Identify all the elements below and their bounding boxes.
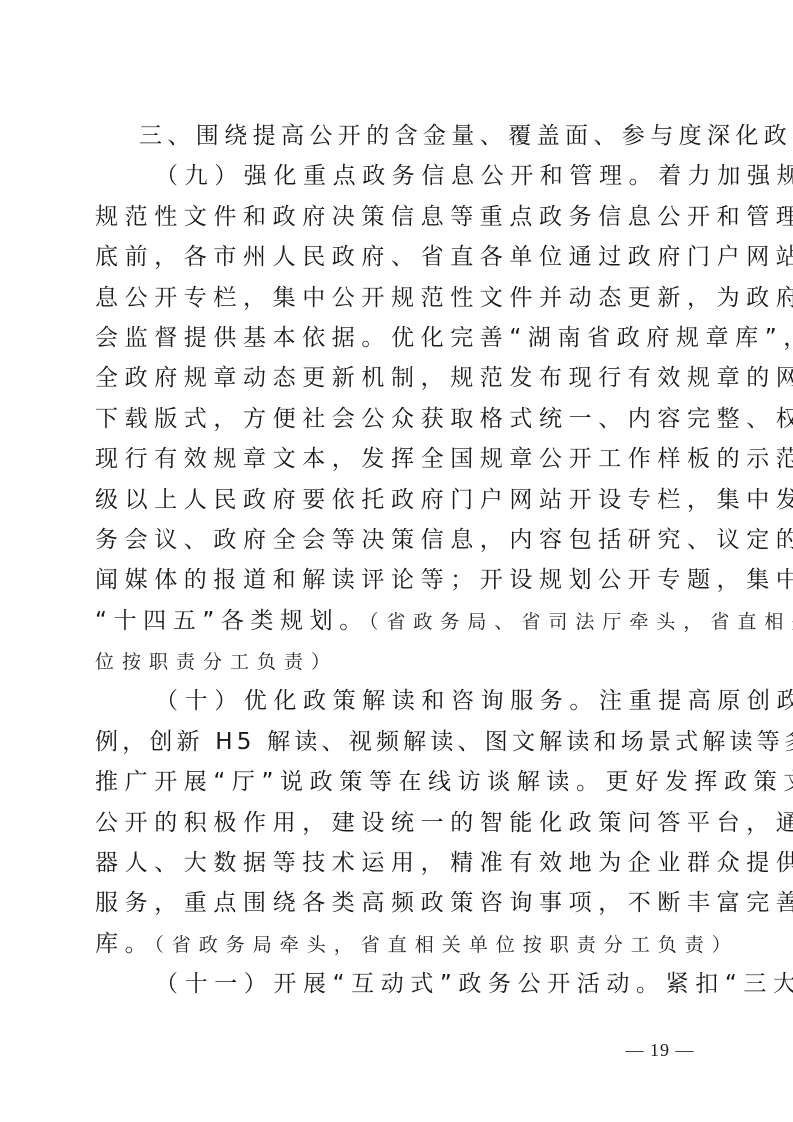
responsibility-note: （省政务局牵头，省直相关单位按职责分工负责） [154, 934, 739, 956]
paragraph-item-9-line: “十四五”各类规划。（省政务局、省司法厅牵头，省直相关单 [95, 601, 699, 641]
paragraph-item-9-line: 下载版式，方便社会公众获取格式统一、内容完整、权威规范的 [95, 399, 699, 439]
responsibility-note: （省政务局、省司法厅牵头，省直相关单 [369, 611, 793, 633]
paragraph-item-9-line: 全政府规章动态更新机制，规范发布现行有效规章的网页版式、 [95, 358, 699, 398]
paragraph-item-9-line: 规范性文件和政府决策信息等重点政务信息公开和管理。2022 年 [95, 197, 699, 237]
paragraph-item-10-line: 库。（省政务局牵头，省直相关单位按职责分工负责） [95, 924, 699, 964]
paragraph-item-9-line: （九）强化重点政务信息公开和管理。着力加强规章、规划、 [95, 156, 699, 196]
paragraph-item-11-line: （十一）开展“互动式”政务公开活动。紧扣“三大支撑八 [95, 964, 699, 1004]
paragraph-item-10-line: （十）优化政策解读和咨询服务。注重提高原创政策解读比 [95, 681, 699, 721]
paragraph-item-9-line: 闻媒体的报道和解读评论等；开设规划公开专题，集中发布解读 [95, 560, 699, 600]
paragraph-item-10-line: 服务，重点围绕各类高频政策咨询事项，不断丰富完善政策问答 [95, 883, 699, 923]
paragraph-item-10-line: 例，创新 H5 解读、视频解读、图文解读和场景式解读等多种形式， [95, 722, 699, 762]
paragraph-item-10-text: 库。 [95, 931, 154, 957]
paragraph-item-9-line: 务会议、政府全会等决策信息，内容包括研究、议定的事项，新 [95, 520, 699, 560]
page-number: — 19 — [620, 1040, 700, 1061]
responsibility-note: 位按职责分工负责） [95, 651, 338, 673]
document-page: 三、围绕提高公开的含金量、覆盖面、参与度深化政务公开 （九）强化重点政务信息公开… [95, 116, 699, 1005]
paragraph-item-9-line: 息公开专栏，集中公开规范性文件并动态更新，为政府施政和社 [95, 278, 699, 318]
paragraph-item-9-line: 级以上人民政府要依托政府门户网站开设专栏，集中发布政府常 [95, 480, 699, 520]
paragraph-item-9-line: 现行有效规章文本，发挥全国规章公开工作样板的示范作用。县 [95, 439, 699, 479]
paragraph-item-9-line: 位按职责分工负责） [95, 641, 699, 681]
paragraph-item-9-line: 底前，各市州人民政府、省直各单位通过政府门户网站的政府信 [95, 237, 699, 277]
section-heading: 三、围绕提高公开的含金量、覆盖面、参与度深化政务公开 [95, 116, 699, 156]
paragraph-item-10-line: 公开的积极作用，建设统一的智能化政策问答平台，通过智能机 [95, 803, 699, 843]
paragraph-item-9-text: “十四五”各类规划。 [95, 608, 369, 634]
paragraph-item-10-line: 推广开展“厅”说政策等在线访谈解读。更好发挥政策文件集中 [95, 762, 699, 802]
paragraph-item-10-line: 器人、大数据等技术运用，精准有效地为企业群众提供政策咨询 [95, 843, 699, 883]
paragraph-item-9-line: 会监督提供基本依据。优化完善“湖南省政府规章库”，建立健 [95, 318, 699, 358]
